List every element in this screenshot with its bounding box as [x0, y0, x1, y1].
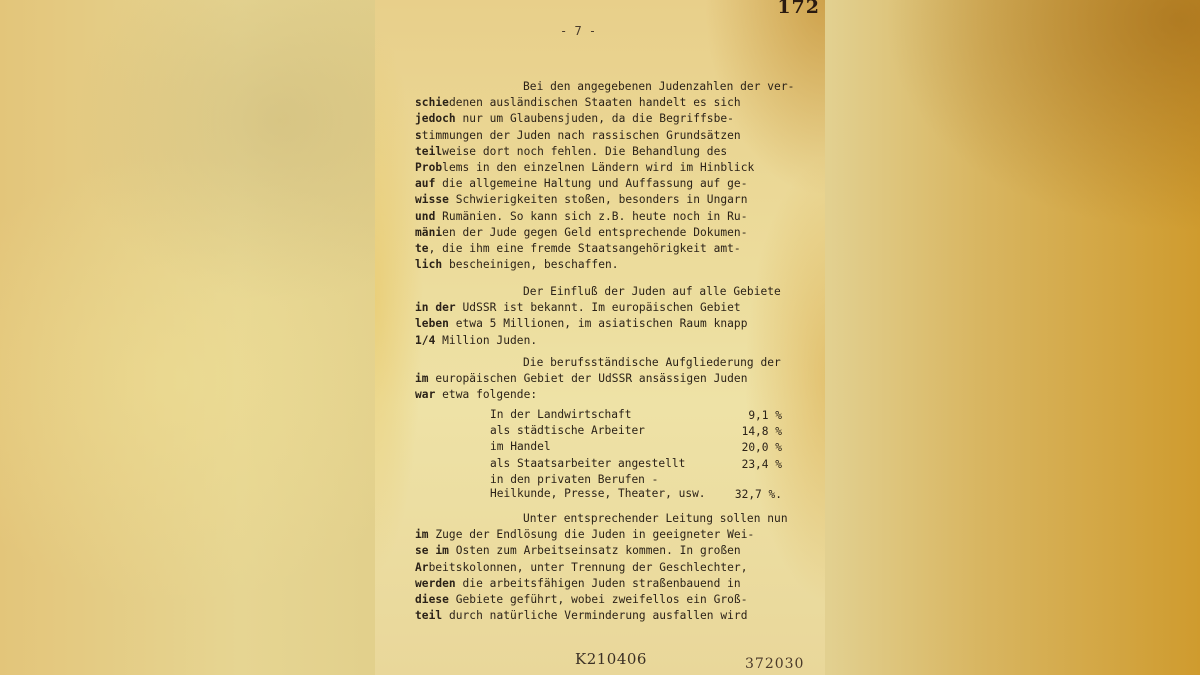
text-emphasis: se im — [415, 544, 449, 557]
text-run: weise dort noch fehlen. Die Behandlung d… — [442, 145, 727, 158]
paragraph-ussr-influence: Der Einfluß der Juden auf alle Gebietein… — [415, 284, 815, 349]
text-line: war etwa folgende: — [415, 387, 815, 403]
text-run: Die berufsständische Aufgliederung der — [523, 356, 781, 369]
text-emphasis: s — [415, 129, 422, 142]
occupation-row: im Handel20,0 % — [490, 440, 790, 456]
text-line: se im Osten zum Arbeitseinsatz kommen. I… — [415, 543, 815, 559]
text-line: Die berufsständische Aufgliederung der — [415, 355, 815, 371]
occupation-row: In der Landwirtschaft9,1 % — [490, 408, 790, 424]
occupation-label: In der Landwirtschaft — [490, 408, 631, 423]
text-emphasis: wisse — [415, 193, 449, 206]
text-line: jedoch nur um Glaubensjuden, da die Begr… — [415, 111, 815, 127]
text-line: 1/4 Million Juden. — [415, 333, 815, 349]
page-number: - 7 - — [560, 24, 596, 38]
occupation-row: in den privaten Berufen - Heilkunde, Pre… — [490, 473, 790, 503]
occupation-percentage-table: In der Landwirtschaft9,1 %als städtische… — [490, 408, 790, 503]
text-run: etwa 5 Millionen, im asiatischen Raum kn… — [449, 317, 748, 330]
archive-code-stamp: K210406 — [575, 650, 647, 668]
text-line: schiedenen ausländischen Staaten handelt… — [415, 95, 815, 111]
text-line: mänien der Jude gegen Geld entsprechende… — [415, 225, 815, 241]
occupation-row: als Staatsarbeiter angestellt23,4 % — [490, 457, 790, 473]
text-line: lich bescheinigen, beschaffen. — [415, 257, 815, 273]
text-run: Million Juden. — [435, 334, 537, 347]
text-run: Rumänien. So kann sich z.B. heute noch i… — [435, 210, 747, 223]
text-run: europäischen Gebiet der UdSSR ansässigen… — [429, 372, 748, 385]
blurred-background-left — [0, 0, 375, 675]
text-emphasis: Prob — [415, 161, 442, 174]
text-line: teilweise dort noch fehlen. Die Behandlu… — [415, 144, 815, 160]
text-run: die arbeitsfähigen Juden straßenbauend i… — [456, 577, 741, 590]
text-line: und Rumänien. So kann sich z.B. heute no… — [415, 209, 815, 225]
text-run: lems in den einzelnen Ländern wird im Hi… — [442, 161, 754, 174]
text-run: denen ausländischen Staaten handelt es s… — [449, 96, 741, 109]
paragraph-religious-definition: Bei den angegebenen Judenzahlen der ver-… — [415, 79, 815, 273]
text-run: nur um Glaubensjuden, da die Begriffsbe- — [456, 112, 734, 125]
text-emphasis: teil — [415, 609, 442, 622]
text-line: Unter entsprechender Leitung sollen nun — [415, 511, 815, 527]
occupation-row: als städtische Arbeiter14,8 % — [490, 424, 790, 440]
text-line: Bei den angegebenen Judenzahlen der ver- — [415, 79, 815, 95]
text-emphasis: Ar — [415, 561, 429, 574]
paragraph-occupational-breakdown-intro: Die berufsständische Aufgliederung derim… — [415, 355, 815, 404]
text-run: timmungen der Juden nach rassischen Grun… — [422, 129, 741, 142]
blurred-background-right — [825, 0, 1200, 675]
folio-number: 172 — [777, 0, 820, 18]
text-line: leben etwa 5 Millionen, im asiatischen R… — [415, 316, 815, 332]
text-line: diese Gebiete geführt, wobei zweifellos … — [415, 592, 815, 608]
text-line: Der Einfluß der Juden auf alle Gebiete — [415, 284, 815, 300]
text-emphasis: in der — [415, 301, 456, 314]
text-run: durch natürliche Verminderung ausfallen … — [442, 609, 747, 622]
text-emphasis: im — [415, 528, 429, 541]
occupation-label: in den privaten Berufen - Heilkunde, Pre… — [490, 473, 706, 502]
text-run: Osten zum Arbeitseinsatz kommen. In groß… — [449, 544, 741, 557]
text-emphasis: 1/4 — [415, 334, 435, 347]
text-emphasis: jedoch — [415, 112, 456, 125]
text-run: en der Jude gegen Geld entsprechende Dok… — [442, 226, 747, 239]
text-emphasis: und — [415, 210, 435, 223]
text-line: werden die arbeitsfähigen Juden straßenb… — [415, 576, 815, 592]
paragraph-labor-deployment: Unter entsprechender Leitung sollen nuni… — [415, 511, 815, 624]
text-run: etwa folgende: — [435, 388, 537, 401]
text-line: stimmungen der Juden nach rassischen Gru… — [415, 128, 815, 144]
occupation-percentage: 9,1 % — [748, 408, 782, 424]
text-run: UdSSR ist bekannt. Im europäischen Gebie… — [456, 301, 741, 314]
text-line: Arbeitskolonnen, unter Trennung der Gesc… — [415, 560, 815, 576]
text-line: im Zuge der Endlösung die Juden in geeig… — [415, 527, 815, 543]
text-emphasis: diese — [415, 593, 449, 606]
text-emphasis: werden — [415, 577, 456, 590]
occupation-label: im Handel — [490, 440, 551, 455]
occupation-percentage: 32,7 %. — [735, 487, 782, 503]
text-emphasis: war — [415, 388, 435, 401]
text-run: Schwierigkeiten stoßen, besonders in Ung… — [449, 193, 748, 206]
text-run: Bei den angegebenen Judenzahlen der ver- — [523, 80, 794, 93]
text-emphasis: lich — [415, 258, 442, 271]
typewritten-document-page: 172 - 7 - Bei den angegebenen Judenzahle… — [375, 0, 825, 675]
text-run: beitskolonnen, unter Trennung der Geschl… — [429, 561, 748, 574]
text-line: auf die allgemeine Haltung und Auffassun… — [415, 176, 815, 192]
text-emphasis: leben — [415, 317, 449, 330]
text-run: Der Einfluß der Juden auf alle Gebiete — [523, 285, 781, 298]
text-run: Unter entsprechender Leitung sollen nun — [523, 512, 788, 525]
occupation-percentage: 14,8 % — [742, 424, 782, 440]
text-run: die allgemeine Haltung und Auffassung au… — [435, 177, 747, 190]
text-run: Zuge der Endlösung die Juden in geeignet… — [429, 528, 755, 541]
text-run: Gebiete geführt, wobei zweifellos ein Gr… — [449, 593, 748, 606]
text-emphasis: im — [415, 372, 429, 385]
text-line: te, die ihm eine fremde Staatsangehörigk… — [415, 241, 815, 257]
text-line: Problems in den einzelnen Ländern wird i… — [415, 160, 815, 176]
text-line: im europäischen Gebiet der UdSSR ansässi… — [415, 371, 815, 387]
text-line: teil durch natürliche Verminderung ausfa… — [415, 608, 815, 624]
text-emphasis: mäni — [415, 226, 442, 239]
text-line: in der UdSSR ist bekannt. Im europäische… — [415, 300, 815, 316]
occupation-percentage: 23,4 % — [742, 457, 782, 473]
text-line: wisse Schwierigkeiten stoßen, besonders … — [415, 192, 815, 208]
text-run: , die ihm eine fremde Staatsangehörigkei… — [429, 242, 741, 255]
text-emphasis: teil — [415, 145, 442, 158]
occupation-percentage: 20,0 % — [742, 440, 782, 456]
text-emphasis: schie — [415, 96, 449, 109]
archive-number-stamp: 372030 — [745, 656, 804, 672]
text-emphasis: te — [415, 242, 429, 255]
text-run: bescheinigen, beschaffen. — [442, 258, 618, 271]
text-emphasis: auf — [415, 177, 435, 190]
occupation-label: als städtische Arbeiter — [490, 424, 645, 439]
occupation-label: als Staatsarbeiter angestellt — [490, 457, 685, 472]
